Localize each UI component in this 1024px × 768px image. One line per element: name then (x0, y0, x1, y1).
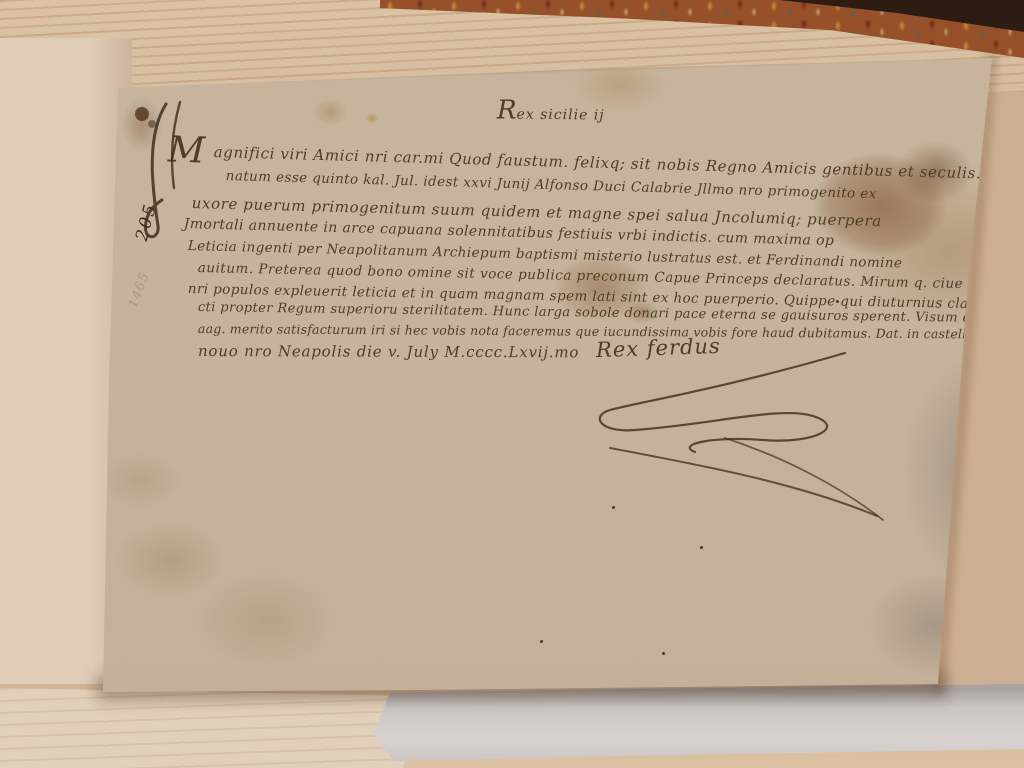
pencil-year-note: 1465 (126, 270, 153, 310)
heading-text: ex sicilie ij (516, 107, 604, 124)
ink-speck (700, 546, 703, 549)
ink-speck (612, 506, 615, 509)
page-edges-bottom (0, 688, 420, 768)
document-heading: Rex sicilie ij (497, 95, 605, 126)
ink-speck (540, 640, 543, 643)
book-photo: Rex sicilie ij M agnifici viri Amici nri… (0, 0, 1024, 768)
signature-flourish-icon (575, 348, 885, 493)
heading-initial: R (497, 95, 517, 125)
parchment-page: Rex sicilie ij M agnifici viri Amici nri… (0, 0, 1024, 768)
ink-speck (662, 652, 665, 655)
ink-speck (836, 300, 839, 303)
manuscript-line-10: nouo nro Neapolis die v. July M.cccc.Lxv… (198, 342, 579, 361)
